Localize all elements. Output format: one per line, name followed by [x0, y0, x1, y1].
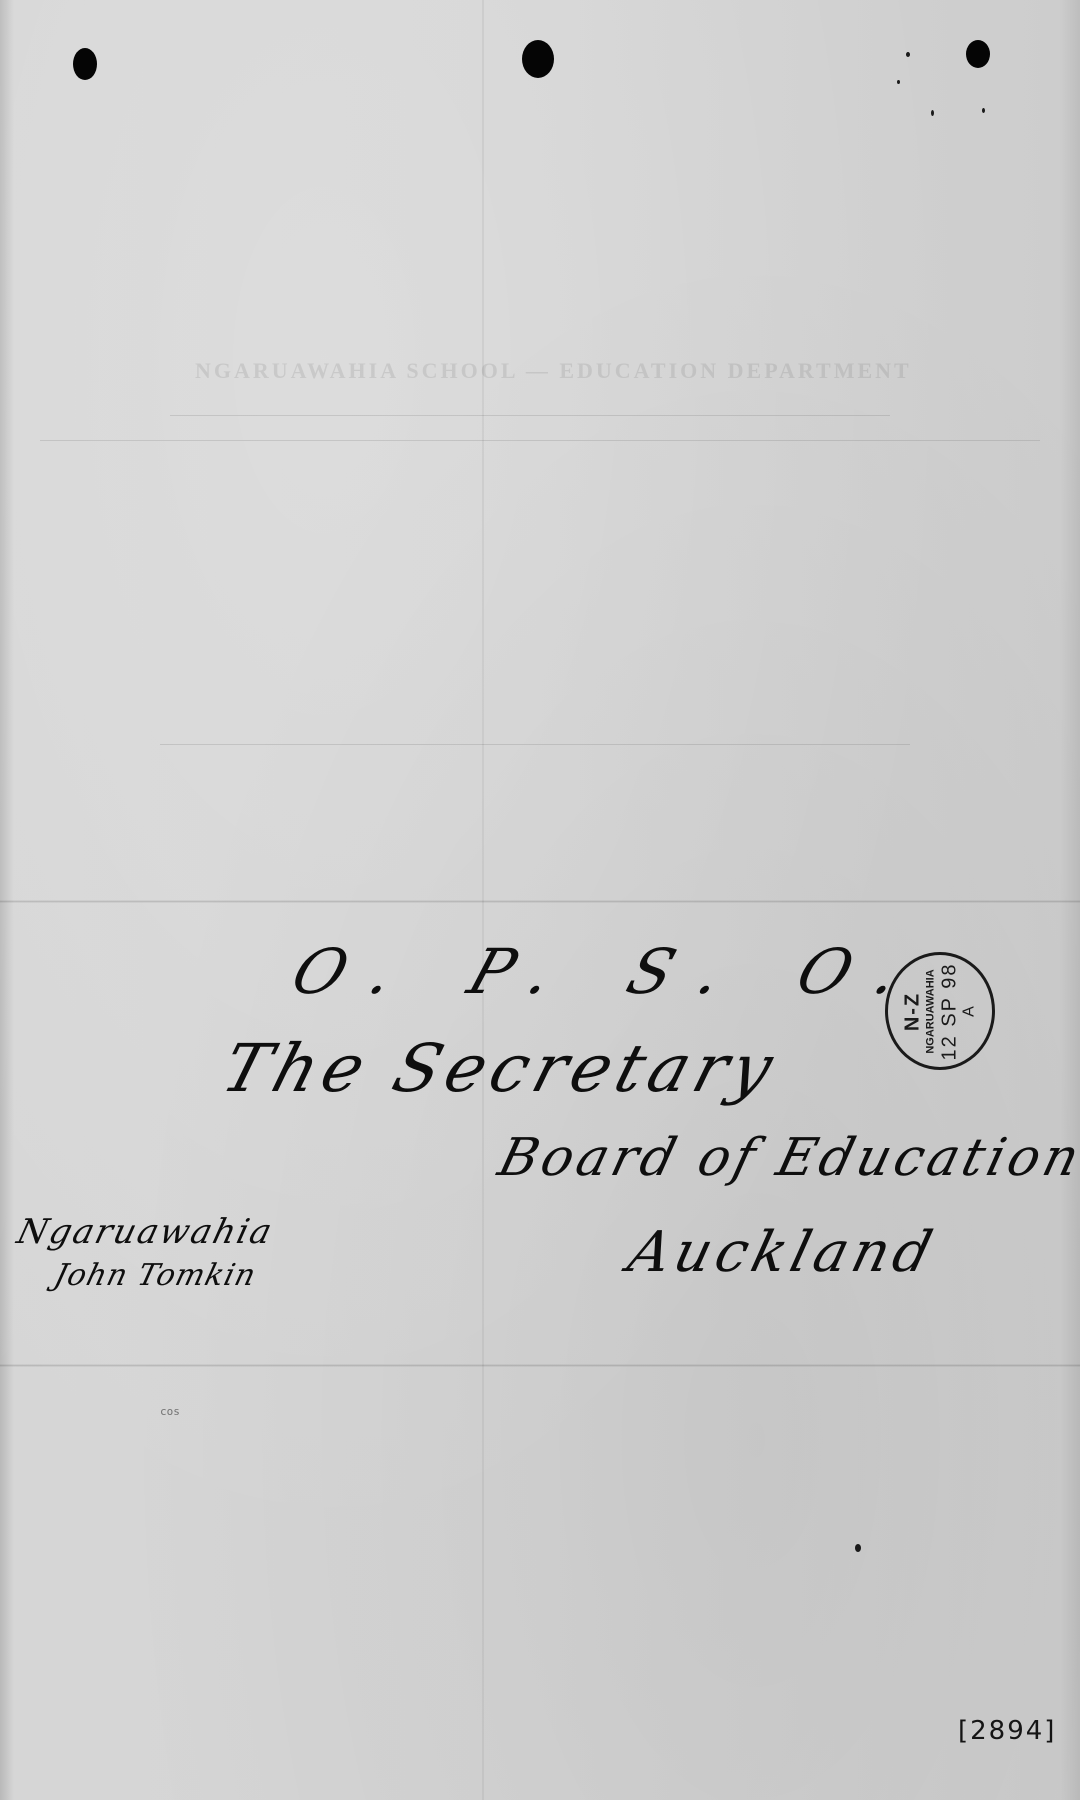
postmark-code: A [962, 1006, 978, 1017]
postmark-town: NGARUAWAHIA [926, 969, 937, 1053]
sender-name: John Tomkin [51, 1258, 260, 1293]
sender-place: Ngaruawahia [13, 1212, 278, 1252]
punch-hole-left [73, 48, 97, 80]
ink-speck [897, 80, 900, 84]
postmark-date: 12 SP 98 [940, 962, 960, 1060]
ink-speck [982, 108, 985, 113]
postmark-country: N-Z [903, 991, 923, 1030]
bleed-rule [40, 440, 1040, 441]
postmark-stamp: N-Z NGARUAWAHIA 12 SP 98 A [885, 952, 995, 1070]
bleed-rule [170, 415, 890, 416]
address-line-auckland: Auckland [622, 1220, 943, 1285]
document-page: NGARUAWAHIA SCHOOL — EDUCATION DEPARTMEN… [0, 0, 1080, 1800]
ink-speck [855, 1544, 861, 1552]
fold-crease-upper [0, 900, 1080, 903]
punch-hole-right [966, 40, 990, 68]
ink-speck [906, 52, 910, 57]
address-line-the-secretary: The Secretary [214, 1030, 787, 1107]
fold-crease-vertical [482, 0, 484, 1800]
bleed-through-heading: NGARUAWAHIA SCHOOL — EDUCATION DEPARTMEN… [195, 358, 895, 384]
address-line-board-of-education: Board of Education [493, 1128, 1080, 1188]
fold-crease-lower [0, 1364, 1080, 1367]
smudge-mark: cos [160, 1405, 180, 1418]
bleed-rule [160, 744, 910, 745]
archive-reference-number: [2894] [958, 1716, 1056, 1746]
punch-hole-center [522, 40, 554, 78]
address-line-opso: O. P. S. O. [283, 935, 938, 1008]
ink-speck [931, 110, 934, 116]
